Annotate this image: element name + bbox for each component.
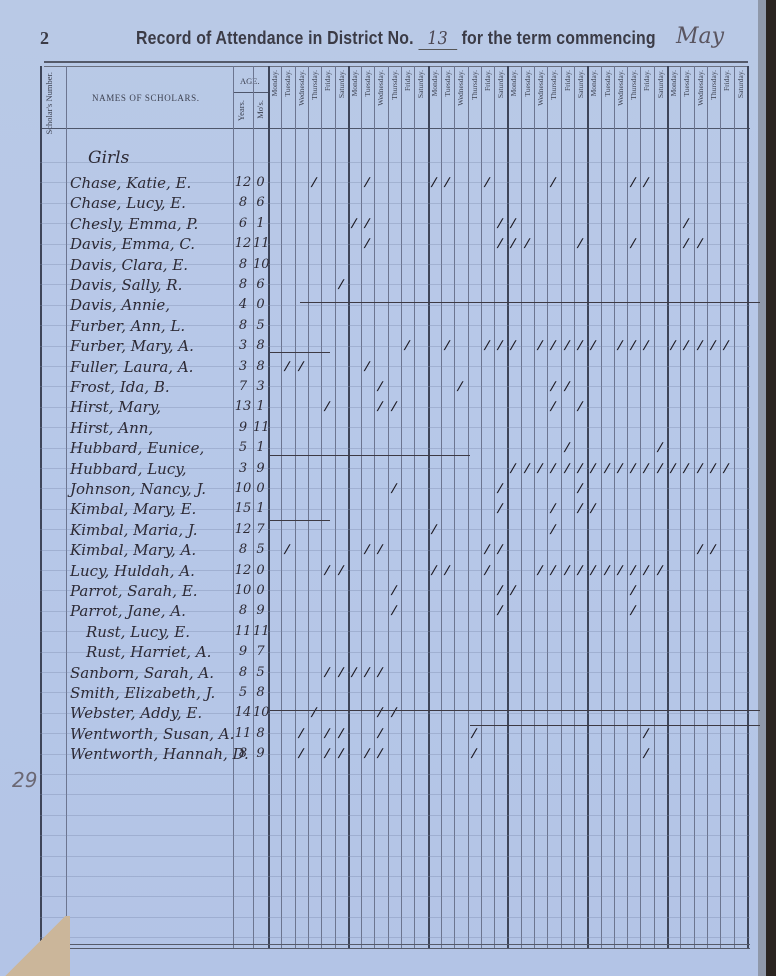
- scholar-age-months: 8: [253, 338, 268, 353]
- scholar-age-years: 3: [233, 461, 253, 476]
- day-header: Monday.: [350, 70, 359, 96]
- scholar-age-months: 1: [253, 440, 268, 455]
- day-header: Friday.: [642, 70, 651, 91]
- scholar-name: Fuller, Laura, A.: [70, 358, 193, 376]
- row-rule: [40, 835, 750, 836]
- scholar-age-years: 5: [233, 685, 253, 700]
- day-header: Thursday.: [629, 70, 638, 100]
- day-header: Thursday.: [549, 70, 558, 100]
- scholar-name: Lucy, Huldah, A.: [70, 562, 195, 580]
- scholar-age-months: 6: [253, 277, 268, 292]
- section-label: Girls: [88, 148, 129, 168]
- day-header: Wednesday.: [297, 70, 306, 106]
- term-start: May: [676, 24, 724, 49]
- scholar-age-months: 8: [253, 685, 268, 700]
- scholar-name: Rust, Lucy, E.: [86, 623, 190, 641]
- age-divider: [233, 92, 269, 93]
- day-header: Thursday.: [310, 70, 319, 100]
- scholar-age-years: 3: [233, 338, 253, 353]
- scholar-name: Davis, Annie,: [70, 296, 170, 314]
- day-header: Saturday.: [496, 70, 505, 98]
- day-header: Saturday.: [576, 70, 585, 98]
- scholar-age-years: 8: [233, 195, 253, 210]
- scholar-name: Davis, Clara, E.: [70, 256, 188, 274]
- day-header: Thursday.: [470, 70, 479, 100]
- scholar-age-years: 6: [233, 216, 253, 231]
- scholar-name: Furber, Ann, L.: [70, 317, 185, 335]
- scholar-count: 29: [12, 768, 37, 792]
- scholar-age-months: 6: [253, 195, 268, 210]
- scholar-age-months: 7: [253, 644, 268, 659]
- row-rule: [40, 794, 750, 795]
- scholar-name: Frost, Ida, B.: [70, 378, 170, 396]
- day-header: Saturday.: [656, 70, 665, 98]
- day-header: Saturday.: [416, 70, 425, 98]
- header-years: Years.: [236, 100, 246, 121]
- row-rule: [40, 856, 750, 857]
- day-header: Wednesday.: [536, 70, 545, 106]
- row-rule: [40, 162, 750, 163]
- day-header: Tuesday.: [283, 70, 292, 97]
- scholar-name: Hirst, Mary,: [70, 398, 161, 416]
- scholar-name: Furber, Mary, A.: [70, 337, 194, 355]
- scholar-name: Parrot, Jane, A.: [70, 602, 186, 620]
- bottom-rule: [50, 944, 750, 949]
- day-header: Friday.: [722, 70, 731, 91]
- day-header: Monday.: [669, 70, 678, 96]
- scholar-age-years: 3: [233, 359, 253, 374]
- day-header: Monday.: [509, 70, 518, 96]
- title-prefix: Record of Attendance in District No.: [136, 28, 414, 48]
- day-header: Thursday.: [709, 70, 718, 100]
- scholar-name: Hubbard, Eunice,: [70, 439, 204, 457]
- scholar-age-years: 8: [233, 542, 253, 557]
- scholar-name: Hirst, Ann,: [70, 419, 153, 437]
- header-age: AGE.: [240, 76, 260, 86]
- scholar-age-months: 11: [253, 236, 268, 251]
- scholar-age-years: 14: [233, 705, 253, 720]
- strike-line: [300, 302, 760, 303]
- scholar-age-years: 12: [233, 563, 253, 578]
- scholar-age-years: 12: [233, 236, 253, 251]
- scholar-age-months: 1: [253, 216, 268, 231]
- day-header: Tuesday.: [603, 70, 612, 97]
- day-header: Wednesday.: [376, 70, 385, 106]
- scholar-age-years: 5: [233, 440, 253, 455]
- scholar-age-months: 5: [253, 542, 268, 557]
- day-header: Saturday.: [736, 70, 745, 98]
- day-header: Friday.: [483, 70, 492, 91]
- scholar-age-years: 12: [233, 175, 253, 190]
- scholar-age-months: 0: [253, 563, 268, 578]
- day-header: Monday.: [270, 70, 279, 96]
- day-header: Wednesday.: [616, 70, 625, 106]
- row-rule: [40, 937, 750, 938]
- day-header: Wednesday.: [456, 70, 465, 106]
- scholar-age-months: 9: [253, 746, 268, 761]
- scholar-age-years: 9: [233, 420, 253, 435]
- page-title: Record of Attendance in District No. 13 …: [136, 28, 656, 50]
- scholar-age-years: 8: [233, 277, 253, 292]
- scholar-age-months: 8: [253, 726, 268, 741]
- scholar-name: Chase, Lucy, E.: [70, 194, 186, 212]
- scholar-age-years: 9: [233, 644, 253, 659]
- scholar-age-years: 8: [233, 665, 253, 680]
- scholar-age-years: 11: [233, 726, 253, 741]
- scholar-name: Kimbal, Mary, E.: [70, 500, 196, 518]
- scholar-age-months: 10: [253, 705, 268, 720]
- scholar-age-months: 9: [253, 603, 268, 618]
- scholar-age-years: 8: [233, 257, 253, 272]
- day-header: Tuesday.: [523, 70, 532, 97]
- scholar-name: Wentworth, Hannah, D.: [70, 745, 249, 763]
- scholar-age-years: 8: [233, 318, 253, 333]
- scholar-age-years: 10: [233, 583, 253, 598]
- scholar-age-years: 11: [233, 624, 253, 639]
- scholar-age-months: 1: [253, 501, 268, 516]
- scholar-age-years: 7: [233, 379, 253, 394]
- row-rule: [40, 917, 750, 918]
- day-header: Monday.: [430, 70, 439, 96]
- page-number: 2: [40, 28, 49, 49]
- scholar-age-months: 1: [253, 399, 268, 414]
- day-header: Tuesday.: [682, 70, 691, 97]
- row-rule: [40, 876, 750, 877]
- scholar-name: Kimbal, Mary, A.: [70, 541, 196, 559]
- scholar-name: Chase, Katie, E.: [70, 174, 191, 192]
- strike-line: [270, 520, 330, 521]
- day-header: Saturday.: [337, 70, 346, 98]
- scholar-name: Davis, Emma, C.: [70, 235, 195, 253]
- scholar-age-years: 8: [233, 746, 253, 761]
- strike-line: [270, 455, 470, 456]
- scholar-name: Hubbard, Lucy,: [70, 460, 186, 478]
- scholar-age-months: 7: [253, 522, 268, 537]
- scholar-name: Parrot, Sarah, E.: [70, 582, 198, 600]
- strike-line: [470, 725, 760, 726]
- row-rule: [40, 896, 750, 897]
- scholar-name: Davis, Sally, R.: [70, 276, 182, 294]
- scholar-age-years: 13: [233, 399, 253, 414]
- day-header: Friday.: [403, 70, 412, 91]
- scholar-name: Chesly, Emma, P.: [70, 215, 198, 233]
- scholar-age-months: 8: [253, 359, 268, 374]
- scholar-age-months: 10: [253, 257, 268, 272]
- day-header: Friday.: [323, 70, 332, 91]
- district-number: 13: [418, 28, 457, 50]
- row-rule: [40, 774, 750, 775]
- strike-line: [270, 710, 760, 711]
- scholar-age-months: 0: [253, 583, 268, 598]
- scholar-age-months: 9: [253, 461, 268, 476]
- day-header: Tuesday.: [363, 70, 372, 97]
- scholar-age-months: 0: [253, 481, 268, 496]
- scholar-age-months: 3: [253, 379, 268, 394]
- scholar-name: Wentworth, Susan, A.: [70, 725, 234, 743]
- scholar-name: Webster, Addy, E.: [70, 704, 202, 722]
- scholar-age-months: 11: [253, 624, 268, 639]
- scholar-name: Smith, Elizabeth, J.: [70, 684, 215, 702]
- scholar-age-months: 11: [253, 420, 268, 435]
- scholar-name: Rust, Harriet, A.: [86, 643, 211, 661]
- strike-line: [270, 352, 330, 353]
- header-divider: [40, 128, 750, 129]
- day-header: Wednesday.: [696, 70, 705, 106]
- scholar-age-years: 15: [233, 501, 253, 516]
- scholar-age-months: 0: [253, 297, 268, 312]
- header-months: Mo's.: [255, 100, 265, 119]
- header-scholar-number: Scholar's Number.: [44, 72, 54, 134]
- scholar-age-months: 5: [253, 665, 268, 680]
- scholar-age-years: 8: [233, 603, 253, 618]
- scholar-age-months: 0: [253, 175, 268, 190]
- day-header: Tuesday.: [443, 70, 452, 97]
- scholar-name: Johnson, Nancy, J.: [70, 480, 206, 498]
- register-page: 2 Record of Attendance in District No. 1…: [0, 0, 766, 976]
- scholar-name: Kimbal, Maria, J.: [70, 521, 197, 539]
- day-header: Friday.: [563, 70, 572, 91]
- title-suffix: for the term commencing: [462, 28, 656, 48]
- header-names: NAMES OF SCHOLARS.: [92, 93, 200, 103]
- scholar-age-months: 5: [253, 318, 268, 333]
- day-header: Thursday.: [390, 70, 399, 100]
- row-rule: [40, 815, 750, 816]
- day-header: Monday.: [589, 70, 598, 96]
- scholar-age-years: 4: [233, 297, 253, 312]
- scholar-age-years: 12: [233, 522, 253, 537]
- scholar-name: Sanborn, Sarah, A.: [70, 664, 214, 682]
- scholar-age-years: 10: [233, 481, 253, 496]
